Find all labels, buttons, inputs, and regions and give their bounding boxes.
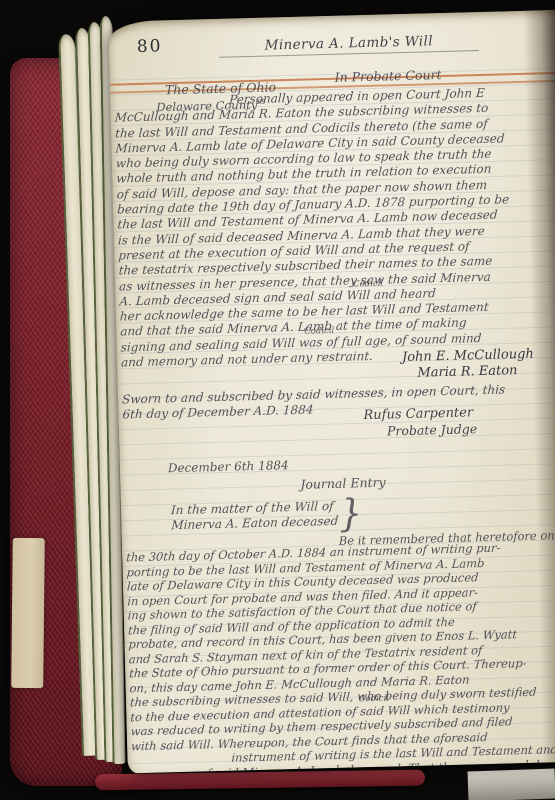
page-title: Minerva A. Lamb's Will (219, 32, 479, 58)
table-surface-sliver (468, 768, 555, 800)
journal-entry-heading: Journal Entry (300, 475, 386, 492)
caption-brace: } (339, 492, 363, 536)
court-caption: In Probate Court (334, 67, 441, 85)
ledger-page: 80 Minerva A. Lamb's Will In Probate Cou… (108, 10, 555, 773)
witness-signature-2: Maria R. Eaton (417, 363, 517, 381)
interlineation-codicil-2: Codicil (304, 326, 334, 337)
case-caption: In the matter of the Will ofMinerva A. E… (171, 499, 339, 534)
judge-signature: Rufus Carpenter (363, 405, 473, 423)
interlineation-codicil-1: Codicil (353, 279, 383, 290)
interlineation-codicil-3: Codicil (359, 694, 389, 705)
inner-cover-board (11, 538, 45, 688)
judge-title: Probate Judge (387, 421, 478, 438)
page-number: 80 (137, 36, 163, 57)
journal-text: the 30th day of October A.D. 1884 an ins… (126, 538, 555, 773)
